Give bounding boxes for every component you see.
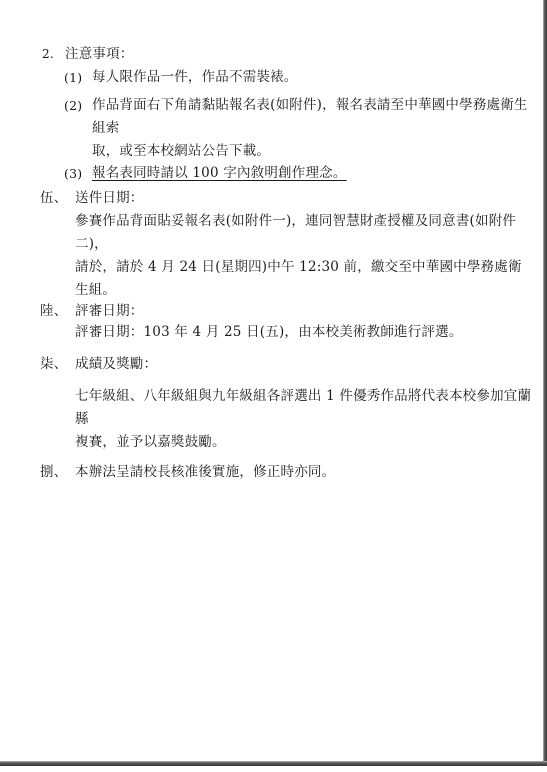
notice-item-2: (2) 作品背面右下角請黏貼報名表(如附件)，報名表請至中華國中學務處衛生組索 … (64, 94, 534, 163)
section-heading-wu: 伍、 送件日期： (40, 187, 534, 210)
section-marker: 柒、 (40, 353, 75, 376)
page-edge-right (543, 0, 547, 763)
item-marker: (3) (64, 162, 92, 185)
section-marker: 伍、 (40, 187, 75, 210)
notice-heading: 2. 注意事項： (40, 43, 534, 66)
item-marker: (1) (64, 66, 92, 89)
item-marker: (2) (64, 94, 92, 163)
section-heading-ba: 捌、 本辦法呈請校長核准後實施，修正時亦同。 (40, 461, 534, 484)
section-marker: 捌、 (40, 461, 75, 484)
section-body-line: 參賽作品背面貼妥報名表(如附件一)，連同智慧財產授權及同意書(如附件二)， (75, 210, 534, 256)
section-heading-lu: 陸、 評審日期： (40, 300, 534, 323)
section-body-line: 評審日期：103 年 4 月 25 日(五)，由本校美術教師進行評選。 (75, 321, 534, 344)
notice-item-1: (1) 每人限作品一件，作品不需裝裱。 (64, 66, 534, 89)
section-body-line: 請於，請於 4 月 24 日(星期四)中午 12:30 前，繳交至中華國中學務處… (75, 256, 534, 302)
item-text-line-underlined: 報名表同時請以 100 字內敘明創作理念。 (92, 162, 534, 185)
section-marker: 陸、 (40, 300, 75, 323)
section-heading-qi: 柒、 成績及獎勵： (40, 353, 534, 376)
section-title: 送件日期： (75, 187, 144, 210)
section-title: 成績及獎勵： (75, 353, 157, 376)
document-content: 2. 注意事項： (1) 每人限作品一件，作品不需裝裱。 (2) 作品背面右下角… (40, 43, 534, 484)
section-title: 本辦法呈請校長核准後實施，修正時亦同。 (75, 461, 335, 484)
section-body-line: 複賽，並予以嘉獎鼓勵。 (75, 431, 534, 454)
section-title: 評審日期： (75, 300, 144, 323)
page-edge-bottom (0, 761, 547, 766)
item-text-line: 取，或至本校網站公告下載。 (92, 140, 534, 163)
section-body-line: 七年級組、八年級組與九年級組各評選出 1 件優秀作品將代表本校參加宜蘭縣 (75, 385, 534, 431)
notice-item-3: (3) 報名表同時請以 100 字內敘明創作理念。 (64, 162, 534, 185)
item-text-line: 每人限作品一件，作品不需裝裱。 (92, 66, 534, 89)
item-text-line: 作品背面右下角請黏貼報名表(如附件)，報名表請至中華國中學務處衛生組索 (92, 94, 534, 140)
notice-title: 注意事項： (65, 43, 134, 66)
document-page: 2. 注意事項： (1) 每人限作品一件，作品不需裝裱。 (2) 作品背面右下角… (0, 0, 547, 772)
notice-number: 2. (42, 43, 65, 66)
